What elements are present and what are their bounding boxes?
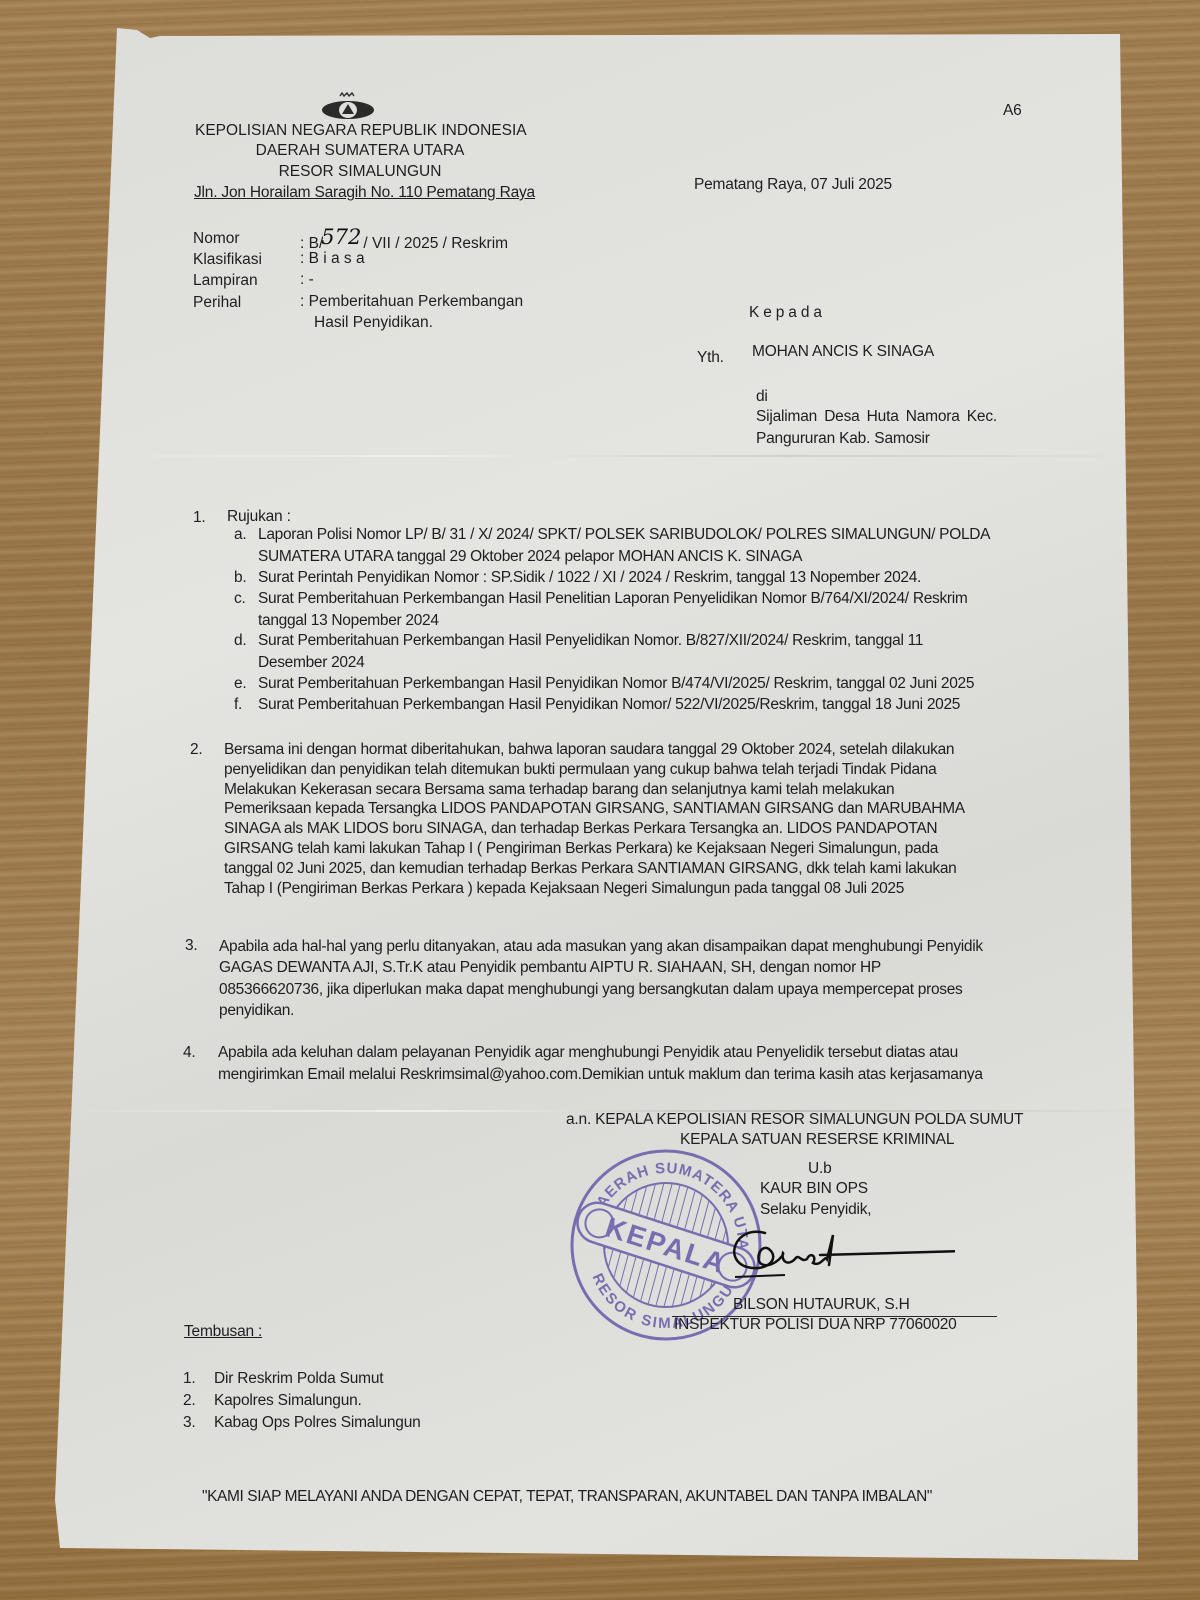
tembusan-number: 2.	[183, 1392, 196, 1410]
lampiran-label: Lampiran	[193, 272, 258, 290]
nomor-label: Nomor	[193, 230, 240, 248]
klasifikasi-value: : B i a s a	[300, 250, 365, 268]
reference-letter: d.	[234, 632, 246, 650]
tembusan-item: Kapolres Simalungun.	[214, 1392, 362, 1410]
tembusan-number: 3.	[183, 1414, 196, 1432]
motto: "KAMI SIAP MELAYANI ANDA DENGAN CEPAT, T…	[202, 1488, 932, 1506]
reference-letter: e.	[234, 675, 246, 693]
section2-number: 2.	[190, 741, 203, 759]
tembusan-number: 1.	[183, 1370, 196, 1388]
section2-line: Tahap I (Pengiriman Berkas Perkara ) kep…	[224, 879, 904, 899]
section4-line: mengirimkan Email melalui Reskrimsimal@y…	[218, 1065, 983, 1085]
section1-number: 1.	[193, 509, 206, 527]
reference-item-text: Surat Pemberitahuan Perkembangan Hasil P…	[258, 632, 923, 650]
reference-item-text: Surat Perintah Penyidikan Nomor : SP.Sid…	[258, 569, 921, 587]
recipient-name: MOHAN ANCIS K SINAGA	[752, 343, 934, 361]
lampiran-value: : -	[300, 271, 314, 289]
section3-line: Apabila ada hal-hal yang perlu ditanyaka…	[219, 937, 983, 957]
signature-line4: KAUR BIN OPS	[760, 1180, 868, 1198]
section2-line: tanggal 02 Juni 2025, dan kemudian terha…	[224, 859, 956, 879]
tembusan-title: Tembusan :	[184, 1323, 262, 1341]
page-code: A6	[1003, 102, 1022, 120]
section2-line: GIRSANG telah kami lakukan Tahap I ( Pen…	[224, 839, 938, 859]
reference-letter: f.	[234, 696, 242, 714]
recipient-di: di	[756, 388, 768, 406]
section4-number: 4.	[183, 1044, 196, 1062]
reference-item-text: Surat Pemberitahuan Perkembangan Hasil P…	[258, 590, 968, 608]
recipient-address-line2: Pangururan Kab. Samosir	[756, 430, 930, 448]
section1-title: Rujukan :	[227, 508, 291, 526]
section2-line: Bersama ini dengan hormat diberitahukan,…	[224, 740, 954, 760]
letterhead-address: Jln. Jon Horailam Saragih No. 110 Pemata…	[194, 184, 535, 202]
section2-line: SINAGA als MAK LIDOS boru SINAGA, dan te…	[224, 819, 937, 839]
signatory-rank: INSPEKTUR POLISI DUA NRP 77060020	[674, 1316, 957, 1334]
nomor-suffix: / VII / 2025 / Reskrim	[363, 235, 508, 252]
letterhead-line3: RESOR SIMALUNGUN	[195, 162, 525, 181]
perihal-value-line1: : Pemberitahuan Perkembangan	[300, 293, 523, 311]
signature-line1: a.n. KEPALA KEPOLISIAN RESOR SIMALUNGUN …	[566, 1111, 1023, 1129]
paper-fold-crease	[60, 455, 1140, 457]
section2-line: Pemeriksaan kepada Tersangka LIDOS PANDA…	[224, 799, 965, 819]
section3-line: 085366620736, jika diperlukan maka dapat…	[219, 980, 963, 1000]
reference-item-text: Surat Pemberitahuan Perkembangan Hasil P…	[258, 696, 960, 714]
tembusan-item: Kabag Ops Polres Simalungun	[214, 1414, 421, 1432]
reference-item-text: Desember 2024	[258, 654, 364, 672]
reference-item-text: Surat Pemberitahuan Perkembangan Hasil P…	[258, 675, 974, 693]
reference-letter: c.	[234, 590, 245, 608]
section2-line: penyelidikan dan penyidikan telah ditemu…	[224, 760, 936, 780]
kepada-label: K e p a d a	[749, 304, 822, 322]
handwritten-signature	[725, 1215, 955, 1285]
reference-item-text: tanggal 13 Nopember 2024	[258, 612, 439, 630]
recipient-address-line1: Sijaliman Desa Huta Namora Kec.	[756, 408, 997, 426]
reference-letter: b.	[234, 569, 246, 587]
place-date: Pematang Raya, 07 Juli 2025	[694, 176, 892, 194]
tembusan-item: Dir Reskrim Polda Sumut	[214, 1370, 383, 1388]
section3-number: 3.	[185, 937, 198, 955]
section3-line: penyidikan.	[219, 1001, 294, 1021]
klasifikasi-label: Klasifikasi	[193, 251, 262, 269]
perihal-label: Perihal	[193, 294, 241, 312]
nomor-handwritten: 572	[321, 225, 361, 249]
letterhead-line1: KEPOLISIAN NEGARA REPUBLIK INDONESIA	[195, 121, 525, 140]
yth-label: Yth.	[697, 349, 724, 367]
reference-letter: a.	[234, 526, 246, 544]
section2-line: Melakukan Kekerasan secara Bersama sama …	[224, 780, 894, 800]
letterhead-line2: DAERAH SUMATERA UTARA	[195, 141, 525, 160]
section3-line: GAGAS DEWANTA AJI, S.Tr.K atau Penyidik …	[219, 958, 881, 978]
perihal-value-line2: Hasil Penyidikan.	[314, 314, 433, 332]
section4-line: Apabila ada keluhan dalam pelayanan Peny…	[218, 1043, 958, 1063]
police-emblem-icon	[318, 92, 378, 120]
signature-line3: U.b	[808, 1160, 832, 1178]
signatory-name: BILSON HUTAURUK, S.H	[733, 1296, 910, 1314]
reference-item-text: Laporan Polisi Nomor LP/ B/ 31 / X/ 2024…	[258, 526, 990, 544]
reference-item-text: SUMATERA UTARA tanggal 29 Oktober 2024 p…	[258, 548, 802, 566]
signature-line2: KEPALA SATUAN RESERSE KRIMINAL	[680, 1131, 954, 1149]
